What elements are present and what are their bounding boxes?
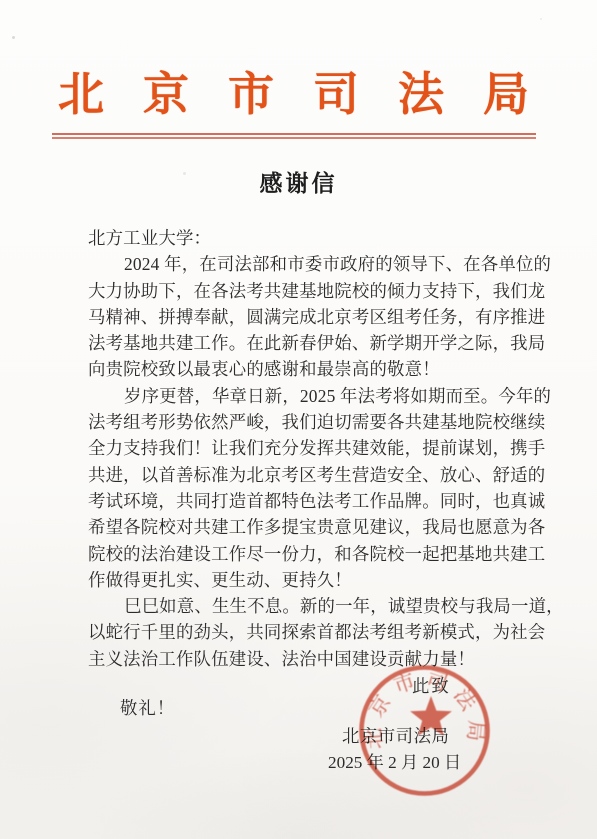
body-line: 巳巳如意、生生不息。新的一年，诚望贵校与我局一道， [88,593,548,619]
body-line: 向贵院校致以最衷心的感谢和最崇高的敬意！ [88,356,548,382]
body-line: 院校的法治建设工作尽一份力，和各院校一起把基地共建工 [88,541,548,567]
body-line: 法考基地共建工作。在此新春伊始、新学期开学之际，我局 [88,330,548,356]
body-line: 全力支持我们！让我们充分发挥共建效能，提前谋划，携手 [88,435,548,461]
date: 2025 年 2 月 20 日 [328,748,461,773]
body-line: 主义法治工作队伍建设、法治中国建设贡献力量！ [88,646,548,672]
body-line: 考试环境，共同打造首都特色法考工作品牌。同时，也真诚 [88,488,548,514]
body-line: 共进，以首善标准为北京考区考生营造安全、放心、舒适的 [88,462,548,488]
letter-title: 感谢信 [0,165,597,198]
body-line: 法考组考形势依然严峻，我们迫切需要各共建基地院校继续 [88,409,548,435]
body-line: 岁序更替，华章日新，2025 年法考将如期而至。今年的 [88,383,548,409]
letterhead-title: 北京市司法局 [58,66,568,124]
paper-speck [540,18,542,20]
body-line: 以蛇行千里的劲头，共同探索首都法考组考新模式，为社会 [88,619,548,645]
closing-jingli: 敬礼！ [120,694,175,719]
letter-body: 北方工业大学： 2024 年，在司法部和市委市政府的领导下、在各单位的大力协助下… [88,225,548,672]
letter-page: 北京市司法局 感谢信 北方工业大学： 2024 年，在司法部和市委市政府的领导下… [0,0,597,839]
body-line: 大力协助下，在各法考共建基地院校的倾力支持下，我们龙 [88,278,548,304]
signature: 北京市司法局 [342,722,449,747]
closing-cizhi: 此致 [412,672,451,697]
letterhead-rule [52,133,536,139]
paper-speck [12,36,15,39]
body-line: 2024 年，在司法部和市委市政府的领导下、在各单位的 [88,251,548,277]
body-line: 作做得更扎实、更生动、更持久！ [88,567,548,593]
salutation: 北方工业大学： [88,225,548,251]
body-line: 马精神、拼搏奉献，圆满完成北京考区组考任务，有序推进 [88,304,548,330]
body-line: 希望各院校对共建工作多提宝贵意见建议，我局也愿意为各 [88,514,548,540]
body-lines: 2024 年，在司法部和市委市政府的领导下、在各单位的大力协助下，在各法考共建基… [88,251,548,672]
